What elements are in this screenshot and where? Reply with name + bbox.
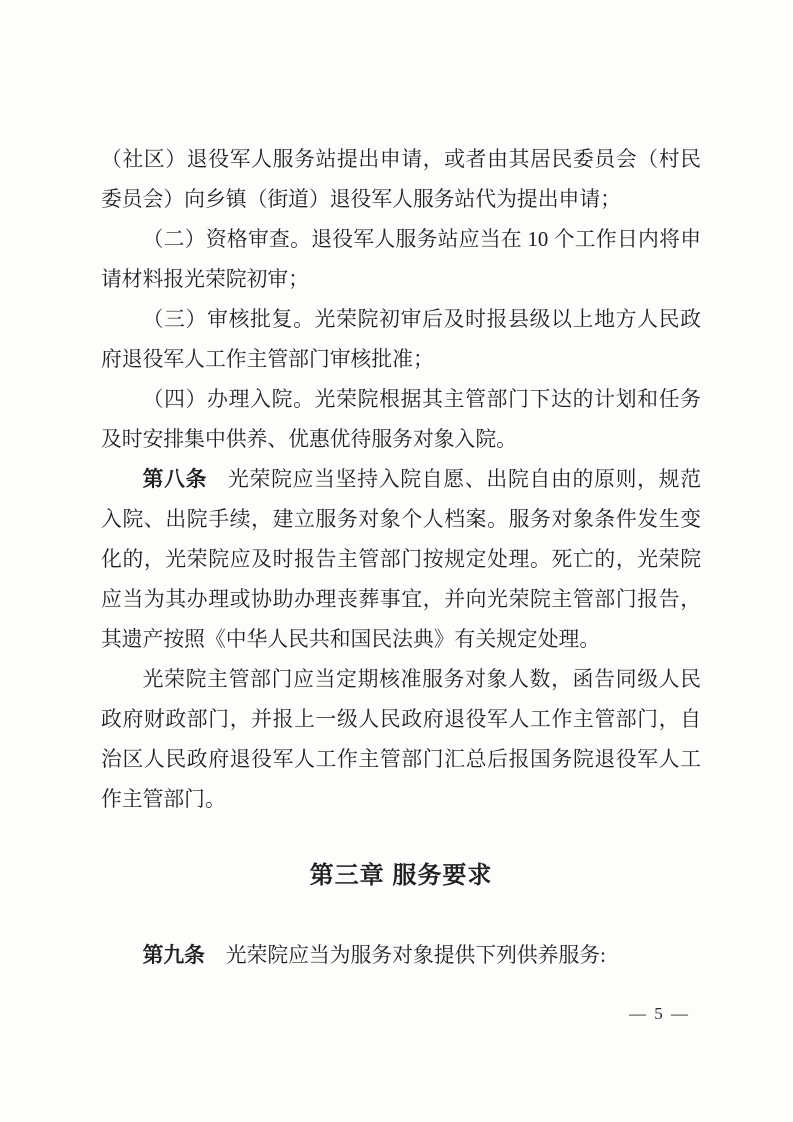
chapter-heading: 第三章 服务要求 xyxy=(101,856,701,896)
paragraph-text: （社区）退役军人服务站提出申请，或者由其居民委员会（村民委员会）向乡镇（街道）退… xyxy=(101,148,701,211)
paragraph-text: 光荣院应当为服务对象提供下列供养服务: xyxy=(226,944,606,967)
paragraph-text: 光荣院主管部门应当定期核准服务对象人数，函告同级人民政府财政部门，并报上一级人民… xyxy=(101,668,701,811)
paragraph-text: （四）办理入院。光荣院根据其主管部门下达的计划和任务及时安排集中供养、优惠优待服… xyxy=(101,388,701,451)
paragraph-item-2: （二）资格审查。退役军人服务站应当在 10 个工作日内将申请材料报光荣院初审； xyxy=(101,220,701,300)
paragraph-article-eight: 第八条光荣院应当坚持入院自愿、出院自由的原则，规范入院、出院手续，建立服务对象个… xyxy=(101,460,701,660)
paragraph-continuation: （社区）退役军人服务站提出申请，或者由其居民委员会（村民委员会）向乡镇（街道）退… xyxy=(101,140,701,220)
paragraph-item-4: （四）办理入院。光荣院根据其主管部门下达的计划和任务及时安排集中供养、优惠优待服… xyxy=(101,380,701,460)
paragraph-supervision: 光荣院主管部门应当定期核准服务对象人数，函告同级人民政府财政部门，并报上一级人民… xyxy=(101,660,701,820)
paragraph-text: （二）资格审查。退役军人服务站应当在 10 个工作日内将申请材料报光荣院初审； xyxy=(101,228,701,291)
paragraph-text: （三）审核批复。光荣院初审后及时报县级以上地方人民政府退役军人工作主管部门审核批… xyxy=(101,308,701,371)
article-eight-label: 第八条 xyxy=(143,468,208,491)
document-body: （社区）退役军人服务站提出申请，或者由其居民委员会（村民委员会）向乡镇（街道）退… xyxy=(101,140,701,976)
page-number: — 5 — xyxy=(629,1002,690,1026)
document-page: （社区）退役军人服务站提出申请，或者由其居民委员会（村民委员会）向乡镇（街道）退… xyxy=(0,0,793,1122)
paragraph-item-3: （三）审核批复。光荣院初审后及时报县级以上地方人民政府退役军人工作主管部门审核批… xyxy=(101,300,701,380)
paragraph-article-nine: 第九条光荣院应当为服务对象提供下列供养服务: xyxy=(101,936,701,976)
paragraph-text: 光荣院应当坚持入院自愿、出院自由的原则，规范入院、出院手续，建立服务对象个人档案… xyxy=(101,468,701,651)
article-nine-label: 第九条 xyxy=(143,944,205,967)
